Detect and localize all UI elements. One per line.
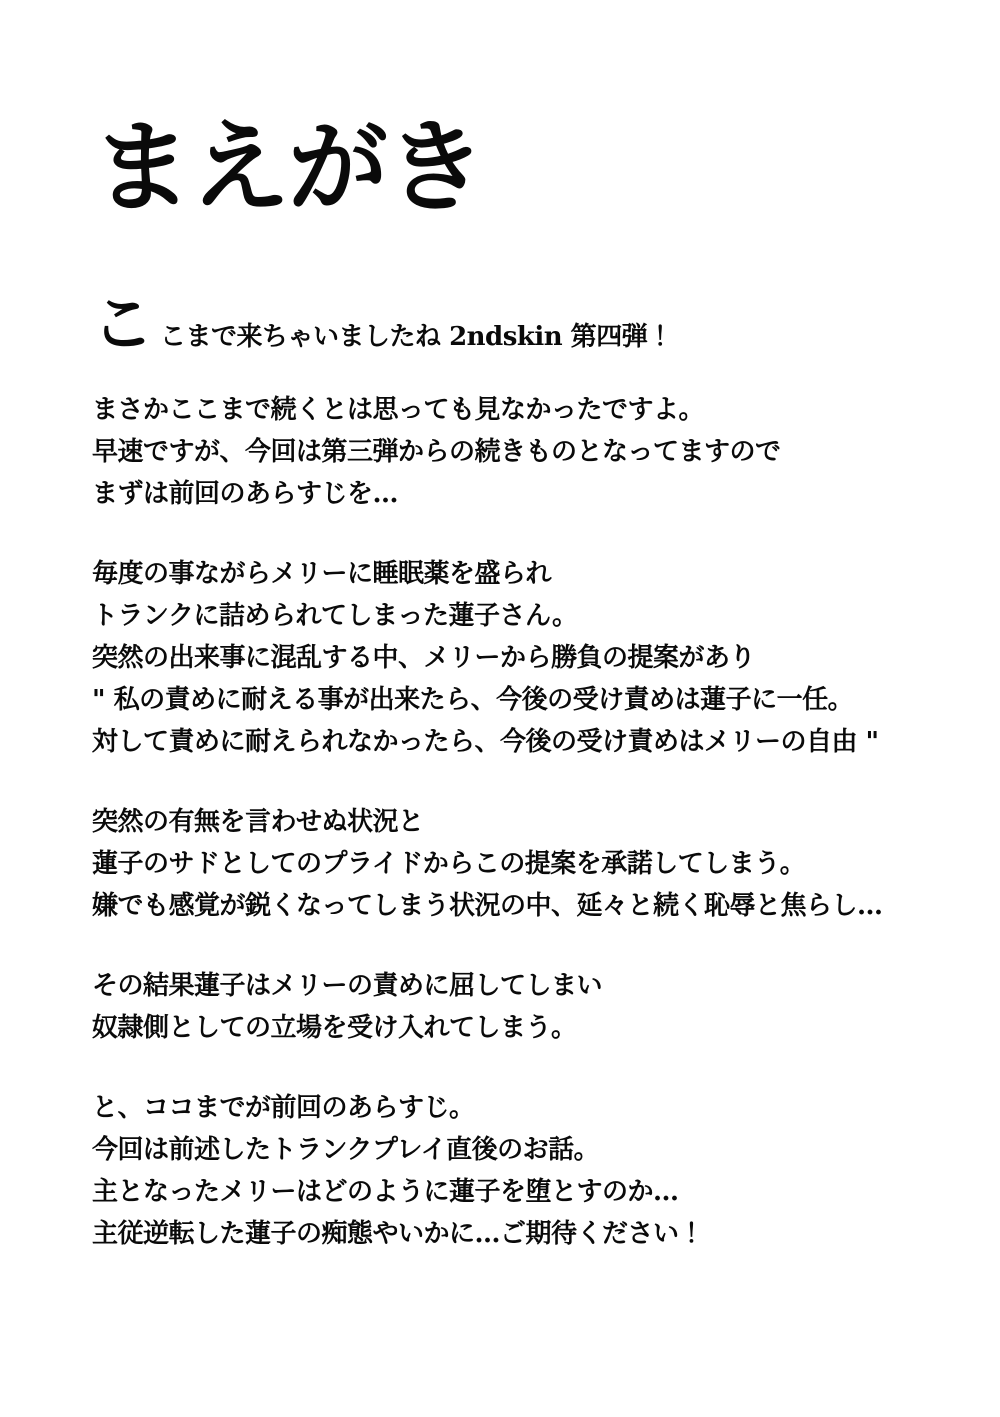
paragraph-acceptance: 突然の有無を言わせぬ状況と 蓮子のサドとしてのプライドからこの提案を承諾してしま… (92, 801, 930, 927)
lead-paragraph: ここまで来ちゃいましたね 2ndskin 第四弾！ (92, 293, 930, 355)
dropcap-character: こ (92, 287, 154, 360)
text-line: 嫌でも感覚が鋭くなってしまう状況の中、延々と続く恥辱と焦らし… (92, 885, 930, 927)
text-line: 主従逆転した蓮子の痴態やいかに…ご期待ください！ (92, 1213, 930, 1255)
preface-page: まえがき ここまで来ちゃいましたね 2ndskin 第四弾！ まさかここまで続く… (0, 0, 1000, 1417)
text-line: トランクに詰められてしまった蓮子さん。 (92, 595, 930, 637)
text-line: 奴隷側としての立場を受け入れてしまう。 (92, 1007, 930, 1049)
text-line-quote: " 私の責めに耐える事が出来たら、今後の受け責めは蓮子に一任。 (92, 679, 930, 721)
paragraph-current-story: と、ココまでが前回のあらすじ。 今回は前述したトランクプレイ直後のお話。 主とな… (92, 1087, 930, 1255)
paragraph-synopsis-intro: まさかここまで続くとは思っても見なかったですよ。 早速ですが、今回は第三弾からの… (92, 389, 930, 515)
text-line: まずは前回のあらすじを… (92, 473, 930, 515)
text-line: まさかここまで続くとは思っても見なかったですよ。 (92, 389, 930, 431)
text-line-quote: 対して責めに耐えられなかったら、今後の受け責めはメリーの自由 " (92, 721, 930, 763)
paragraph-previous-story: 毎度の事ながらメリーに睡眠薬を盛られ トランクに詰められてしまった蓮子さん。 突… (92, 553, 930, 763)
text-line: 主となったメリーはどのように蓮子を堕とすのか… (92, 1171, 930, 1213)
text-line: 蓮子のサドとしてのプライドからこの提案を承諾してしまう。 (92, 843, 930, 885)
text-line: と、ココまでが前回のあらすじ。 (92, 1087, 930, 1129)
text-line: 毎度の事ながらメリーに睡眠薬を盛られ (92, 553, 930, 595)
text-line: その結果蓮子はメリーの責めに屈してしまい (92, 965, 930, 1007)
lead-text: こまで来ちゃいましたね 2ndskin 第四弾！ (160, 322, 673, 352)
paragraph-result: その結果蓮子はメリーの責めに屈してしまい 奴隷側としての立場を受け入れてしまう。 (92, 965, 930, 1049)
text-line: 今回は前述したトランクプレイ直後のお話。 (92, 1129, 930, 1171)
page-title: まえがき (92, 118, 930, 218)
text-line: 早速ですが、今回は第三弾からの続きものとなってますので (92, 431, 930, 473)
text-line: 突然の出来事に混乱する中、メリーから勝負の提案があり (92, 637, 930, 679)
text-line: 突然の有無を言わせぬ状況と (92, 801, 930, 843)
